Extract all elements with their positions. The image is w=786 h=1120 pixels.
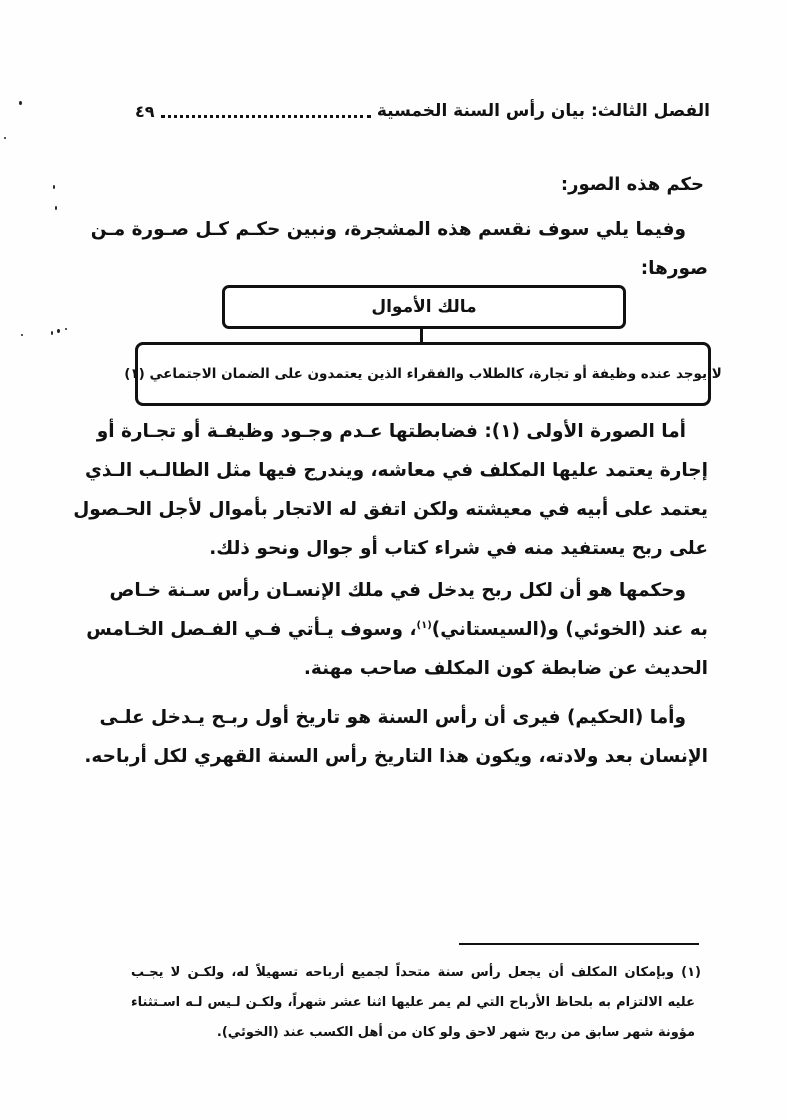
scan-speck	[57, 329, 60, 333]
text-line: إجارة يعتمد عليها المكلف في معاشه، ويندر…	[134, 451, 708, 490]
paragraph-first-case: أما الصورة الأولى (١): فضابطتها عـدم وجـ…	[134, 412, 708, 568]
scan-speck	[21, 334, 23, 336]
text-line: الحديث عن ضابطة كون المكلف صاحب مهنة.	[134, 649, 708, 688]
footnote-line: مؤونة شهر سابق من ربح شهر لاحق ولو كان م…	[131, 1018, 701, 1048]
diagram-child-node: لا يوجد عنده وظيفة أو تجارة، كالطلاب وال…	[135, 342, 711, 406]
text-line: وفيما يلي سوف نقسم هذه المشجرة، ونبين حك…	[134, 210, 708, 249]
scanned-page: الفصل الثالث: بيان رأس السنة الخمسية ٤٩ …	[0, 0, 786, 1120]
footnote-marker[interactable]: (١)	[417, 620, 432, 631]
text-line: على ربح يستفيد منه في شراء كتاب أو جوال …	[134, 529, 708, 568]
text-fragment: ، وسوف يـأتي فـي الفـصل الخـامس	[86, 619, 416, 640]
paragraph-hakim-view: وأما (الحكيم) فيرى أن رأس السنة هو تاريخ…	[134, 698, 708, 776]
scan-speck	[55, 206, 57, 210]
footnote: (١) وبإمكان المكلف أن يجعل رأس سنة متحدا…	[131, 958, 701, 1048]
intro-paragraph: وفيما يلي سوف نقسم هذه المشجرة، ونبين حك…	[134, 210, 708, 288]
text-line: وحكمها هو أن لكل ربح يدخل في ملك الإنسـا…	[134, 571, 708, 610]
text-fragment: به عند (الخوئي) و(السيستاني)	[432, 619, 708, 640]
text-line: وأما (الحكيم) فيرى أن رأس السنة هو تاريخ…	[134, 698, 708, 737]
text-line: الإنسان بعد ولادته، ويكون هذا التاريخ رأ…	[134, 737, 708, 776]
page-number: ٤٩	[135, 102, 155, 121]
scan-speck	[65, 328, 67, 330]
scan-speck	[19, 101, 22, 105]
scan-speck	[51, 331, 53, 335]
running-header: الفصل الثالث: بيان رأس السنة الخمسية ٤٩	[135, 96, 710, 126]
diagram-child-label: لا يوجد عنده وظيفة أو تجارة، كالطلاب وال…	[124, 366, 722, 382]
paragraph-ruling: وحكمها هو أن لكل ربح يدخل في ملك الإنسـا…	[134, 571, 708, 688]
text-line: صورها:	[134, 249, 708, 288]
scan-speck	[4, 137, 6, 139]
text-line: يعتمد على أبيه في معيشته ولكن اتفق له ال…	[134, 490, 708, 529]
footnote-separator	[459, 943, 699, 945]
footnote-line: (١) وبإمكان المكلف أن يجعل رأس سنة متحدا…	[131, 958, 701, 988]
chapter-title: الفصل الثالث: بيان رأس السنة الخمسية	[377, 101, 710, 121]
diagram-root-node: مالك الأموال	[222, 285, 626, 329]
text-line: به عند (الخوئي) و(السيستاني)(١)، وسوف يـ…	[134, 610, 708, 649]
text-line: أما الصورة الأولى (١): فضابطتها عـدم وجـ…	[134, 412, 708, 451]
diagram-root-label: مالك الأموال	[371, 297, 476, 317]
leader-dots	[161, 107, 371, 118]
scan-speck	[53, 185, 55, 189]
section-heading: حكم هذه الصور:	[561, 174, 704, 195]
footnote-line: عليه الالتزام به بلحاظ الأرباح التي لم ي…	[131, 988, 701, 1018]
diagram-connector-line	[420, 326, 423, 342]
